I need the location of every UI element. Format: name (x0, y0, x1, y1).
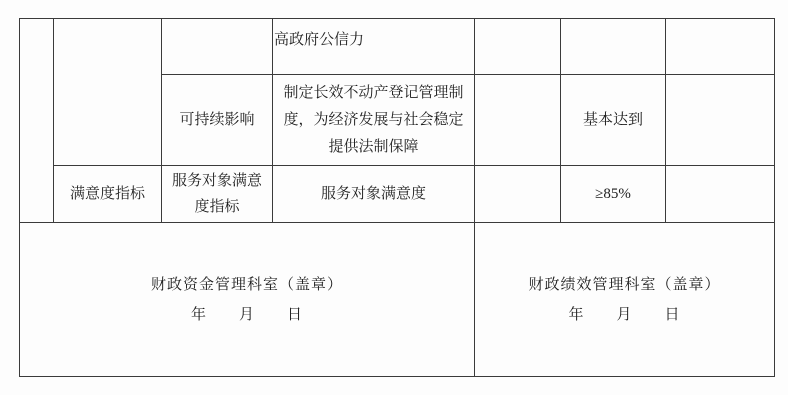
cell-remark-blank-row2 (666, 75, 775, 166)
cell-weight-blank-row1 (475, 19, 561, 75)
cell-target-value-satisfaction: ≥85% (561, 166, 666, 223)
form-sheet: 高政府公信力 可持续影响 制定长效不动产登记管理制 度，为经济发展与社会稳定 提… (19, 18, 775, 377)
table-row: 高政府公信力 (20, 19, 775, 75)
signature-block-performance-office: 财政绩效管理科室（盖章） 年 月 日 (475, 223, 775, 377)
table-row: 满意度指标 服务对象满意 度指标 服务对象满意度 ≥85% (20, 166, 775, 223)
cell-target-value-sustainability: 基本达到 (561, 75, 666, 166)
date-line-funds-office: 年 月 日 (23, 300, 471, 330)
cell-tertiary-indicator-sustainability: 可持续影响 (162, 75, 273, 166)
cell-indicator-detail-sustainability: 制定长效不动产登记管理制 度，为经济发展与社会稳定 提供法制保障 (273, 75, 475, 166)
cell-remark-blank-row1 (666, 19, 775, 75)
cell-indicator-detail-satisfaction: 服务对象满意度 (273, 166, 475, 223)
cell-left-gutter (20, 19, 54, 223)
cell-target-blank-row1 (561, 19, 666, 75)
cell-secondary-indicator-satisfaction: 满意度指标 (54, 166, 162, 223)
cell-tertiary-indicator-blank-row1 (162, 19, 273, 75)
date-line-performance-office: 年 月 日 (478, 300, 771, 330)
signature-title-funds-office: 财政资金管理科室（盖章） (23, 270, 471, 300)
performance-indicator-table: 高政府公信力 可持续影响 制定长效不动产登记管理制 度，为经济发展与社会稳定 提… (19, 18, 775, 377)
cell-effect-detail-continued: 高政府公信力 (273, 19, 475, 75)
signature-block-funds-office: 财政资金管理科室（盖章） 年 月 日 (20, 223, 475, 377)
cell-secondary-indicator-blank (54, 19, 162, 166)
cell-weight-blank-row3 (475, 166, 561, 223)
cell-remark-blank-row3 (666, 166, 775, 223)
cell-tertiary-indicator-satisfaction: 服务对象满意 度指标 (162, 166, 273, 223)
signature-title-performance-office: 财政绩效管理科室（盖章） (478, 270, 771, 300)
table-row: 财政资金管理科室（盖章） 年 月 日 财政绩效管理科室（盖章） 年 月 日 (20, 223, 775, 377)
cell-weight-blank-row2 (475, 75, 561, 166)
